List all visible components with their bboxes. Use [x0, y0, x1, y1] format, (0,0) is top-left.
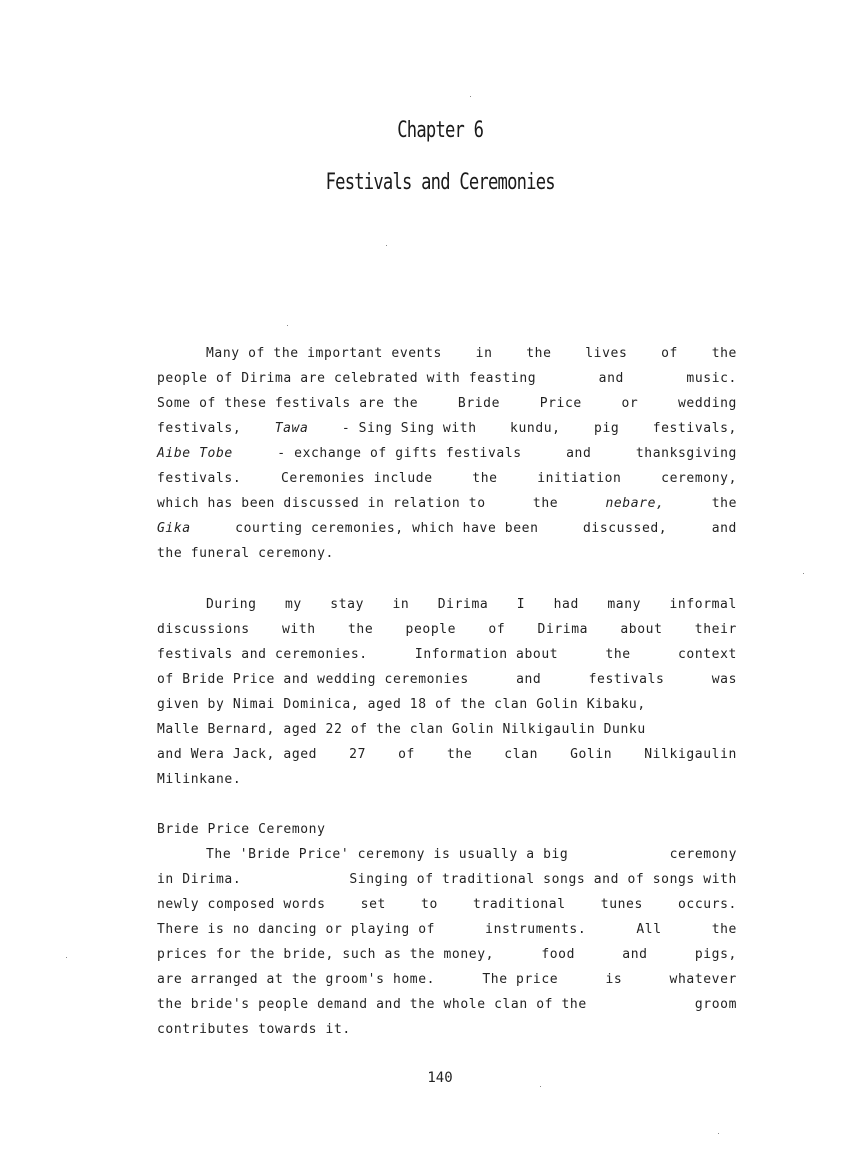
scan-speck — [540, 1086, 541, 1087]
text-segment: the — [533, 491, 558, 516]
paragraph-intro: Many of the important eventsinthelivesof… — [157, 341, 737, 566]
text-line: festivals and ceremonies.Information abo… — [157, 642, 737, 667]
text-segment: the — [712, 491, 737, 516]
text-segment: Malle Bernard, aged 22 of the clan Golin… — [157, 717, 646, 742]
text-segment: about — [620, 617, 662, 642]
text-line: people of Dirima are celebrated with fea… — [157, 366, 737, 391]
text-segment: clan — [504, 742, 538, 767]
text-line: which has been discussed in relation tot… — [157, 491, 737, 516]
text-segment: festivals and ceremonies. — [157, 642, 368, 667]
text-segment: the funeral ceremony. — [157, 541, 334, 566]
text-segment: Milinkane. — [157, 767, 241, 792]
scan-speck — [287, 325, 288, 326]
text-segment: traditional — [473, 892, 566, 917]
text-segment: The 'Bride Price' ceremony is usually a … — [206, 842, 568, 867]
text-segment: my — [285, 592, 302, 617]
text-segment: newly composed words — [157, 892, 326, 917]
text-segment: pigs, — [695, 942, 737, 967]
text-segment: Information about — [415, 642, 558, 667]
text-line: the funeral ceremony. — [157, 541, 737, 566]
text-segment: in — [392, 592, 409, 617]
italic-term: Tawa — [275, 416, 309, 441]
text-segment: the — [605, 642, 630, 667]
text-segment: and Wera Jack, aged — [157, 742, 317, 767]
text-segment: During — [206, 592, 257, 617]
text-segment: pig — [594, 416, 619, 441]
text-segment: discussions — [157, 617, 250, 642]
text-segment: to — [421, 892, 438, 917]
text-segment: which has been discussed in relation to — [157, 491, 486, 516]
text-segment: the — [526, 341, 551, 366]
text-segment: contributes towards it. — [157, 1017, 351, 1042]
text-line: Malle Bernard, aged 22 of the clan Golin… — [157, 717, 737, 742]
text-segment: people — [406, 617, 457, 642]
text-segment: the — [348, 617, 373, 642]
text-line: discussionswiththepeopleofDirimaaboutthe… — [157, 617, 737, 642]
text-segment: their — [695, 617, 737, 642]
text-segment: festivals, — [653, 416, 737, 441]
text-segment: I — [517, 592, 525, 617]
text-segment: Price — [540, 391, 582, 416]
text-segment: music. — [686, 366, 737, 391]
document-page: Chapter 6 Festivals and Ceremonies Many … — [0, 0, 850, 1169]
text-segment: Many of the important events — [206, 341, 442, 366]
scan-speck — [470, 96, 471, 97]
italic-term: nebare, — [605, 491, 664, 516]
text-segment: the bride's people demand and the whole … — [157, 992, 587, 1017]
italic-term: Aibe Tobe — [157, 441, 233, 466]
text-segment: Nilkigaulin — [644, 742, 737, 767]
text-segment: the — [472, 466, 497, 491]
text-segment: and — [712, 516, 737, 541]
text-line: the bride's people demand and the whole … — [157, 992, 737, 1017]
text-segment: There is no dancing or playing of — [157, 917, 435, 942]
text-segment: 27 — [349, 742, 366, 767]
text-line: and Wera Jack, aged27oftheclanGolinNilki… — [157, 742, 737, 767]
text-line: Aibe Tobe- exchange of gifts festivalsan… — [157, 441, 737, 466]
text-segment: courting ceremonies, which have been — [235, 516, 538, 541]
text-segment: in Dirima. — [157, 867, 241, 892]
text-segment: was — [712, 667, 737, 692]
text-segment: the — [712, 917, 737, 942]
text-line: There is no dancing or playing ofinstrum… — [157, 917, 737, 942]
text-segment: Bride — [458, 391, 500, 416]
text-segment: All — [636, 917, 661, 942]
text-segment: festivals. — [157, 466, 241, 491]
text-segment: people of Dirima are celebrated with fea… — [157, 366, 536, 391]
text-segment: are arranged at the groom's home. — [157, 967, 435, 992]
text-segment: ceremony, — [661, 466, 737, 491]
text-segment: Some of these festivals are the — [157, 391, 418, 416]
text-segment: tunes — [601, 892, 643, 917]
text-segment: and — [622, 942, 647, 967]
text-line: festivals.Ceremonies includetheinitiatio… — [157, 466, 737, 491]
text-segment: festivals — [589, 667, 665, 692]
text-segment: Golin — [570, 742, 612, 767]
section-heading: Bride Price Ceremony — [157, 817, 737, 842]
text-segment: lives — [585, 341, 627, 366]
text-segment: - exchange of gifts festivals — [277, 441, 521, 466]
text-segment: Dirima — [438, 592, 489, 617]
text-segment: context — [678, 642, 737, 667]
text-segment: groom — [695, 992, 737, 1017]
text-segment: thanksgiving — [636, 441, 737, 466]
text-segment: the — [447, 742, 472, 767]
text-line: DuringmystayinDirimaIhadmanyinformal — [157, 592, 737, 617]
italic-term: Gika — [157, 516, 191, 541]
text-line: Gikacourting ceremonies, which have been… — [157, 516, 737, 541]
paragraph-discussions: DuringmystayinDirimaIhadmanyinformaldisc… — [157, 592, 737, 792]
text-segment: prices for the bride, such as the money, — [157, 942, 494, 967]
text-segment: whatever — [670, 967, 737, 992]
text-line: are arranged at the groom's home.The pri… — [157, 967, 737, 992]
text-segment: many — [607, 592, 641, 617]
text-segment: initiation — [537, 466, 621, 491]
text-segment: and — [516, 667, 541, 692]
text-segment: with — [282, 617, 316, 642]
page-number: 140 — [0, 1070, 850, 1086]
text-line: The 'Bride Price' ceremony is usually a … — [157, 842, 737, 867]
text-segment: Ceremonies include — [281, 466, 433, 491]
text-line: festivals,Tawa- Sing Sing withkundu,pigf… — [157, 416, 737, 441]
text-line: of Bride Price and wedding ceremoniesand… — [157, 667, 737, 692]
text-segment: festivals, — [157, 416, 241, 441]
paragraph-bride-price: Bride Price CeremonyThe 'Bride Price' ce… — [157, 817, 737, 1042]
text-segment: informal — [670, 592, 737, 617]
chapter-number: Chapter 6 — [97, 118, 783, 143]
text-segment: - Sing Sing with — [342, 416, 477, 441]
text-segment: ceremony — [670, 842, 737, 867]
scan-speck — [718, 1133, 719, 1134]
scan-speck — [386, 245, 387, 246]
text-segment: in — [476, 341, 493, 366]
text-segment: Dirima — [538, 617, 589, 642]
text-segment: given by Nimai Dominica, aged 18 of the … — [157, 692, 646, 717]
text-line: newly composed wordssettotraditionaltune… — [157, 892, 737, 917]
text-segment: stay — [330, 592, 364, 617]
text-line: given by Nimai Dominica, aged 18 of the … — [157, 692, 737, 717]
text-segment: occurs. — [678, 892, 737, 917]
text-line: prices for the bride, such as the money,… — [157, 942, 737, 967]
text-segment: discussed, — [583, 516, 667, 541]
text-segment: and — [566, 441, 591, 466]
text-segment: and — [599, 366, 624, 391]
text-segment: of Bride Price and wedding ceremonies — [157, 667, 469, 692]
text-line: contributes towards it. — [157, 1017, 737, 1042]
text-segment: of — [661, 341, 678, 366]
scan-speck — [66, 957, 67, 958]
text-segment: is — [605, 967, 622, 992]
text-segment: Singing of traditional songs and of song… — [349, 867, 737, 892]
text-segment: food — [541, 942, 575, 967]
text-line: Many of the important eventsinthelivesof… — [157, 341, 737, 366]
text-segment: The price — [482, 967, 558, 992]
text-line: in Dirima.Singing of traditional songs a… — [157, 867, 737, 892]
text-segment: instruments. — [485, 917, 586, 942]
text-segment: kundu, — [510, 416, 561, 441]
text-segment: of — [488, 617, 505, 642]
text-line: Milinkane. — [157, 767, 737, 792]
scan-speck — [803, 573, 804, 574]
text-segment: wedding — [678, 391, 737, 416]
text-line: Some of these festivals are theBridePric… — [157, 391, 737, 416]
text-segment: the — [712, 341, 737, 366]
text-segment: or — [621, 391, 638, 416]
text-segment: had — [554, 592, 579, 617]
text-segment: of — [398, 742, 415, 767]
text-segment: set — [361, 892, 386, 917]
chapter-title: Festivals and Ceremonies — [97, 170, 783, 195]
